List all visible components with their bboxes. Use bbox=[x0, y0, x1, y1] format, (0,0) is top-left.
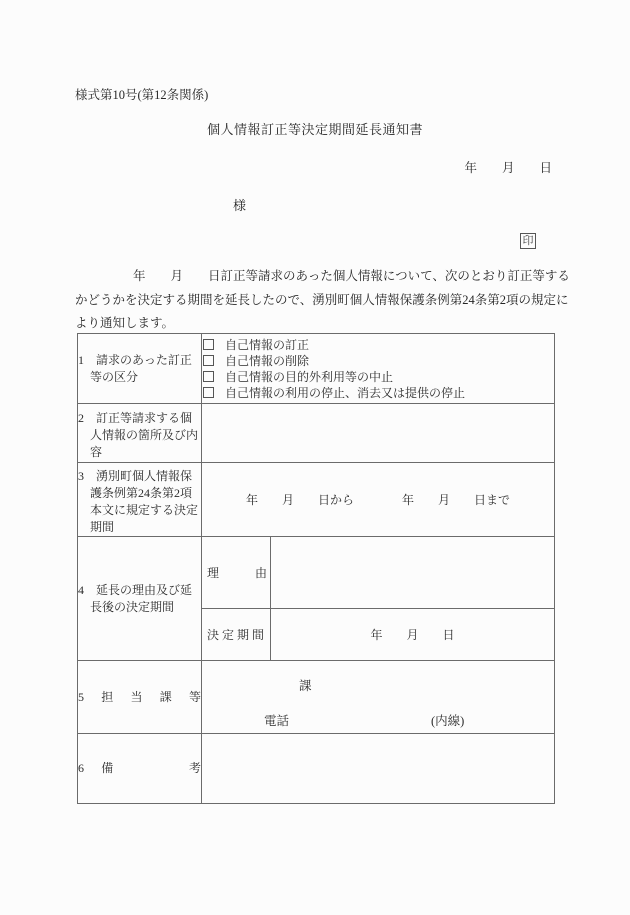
phone-line: 電話 (内線) bbox=[264, 711, 554, 729]
decision-period-label: 決定期間 bbox=[202, 609, 271, 660]
checkbox-option-label: 自己情報の利用の停止、消去又は提供の停止 bbox=[225, 384, 465, 401]
checkbox-option: 自己情報の目的外利用等の中止 bbox=[202, 369, 554, 385]
reason-value bbox=[271, 537, 554, 608]
row3-label: 3 湧別町個人情報保 護条例第24条第2項 本文に規定する決定 期間 bbox=[78, 463, 202, 537]
row1-content: 自己情報の訂正 自己情報の削除 自己情報の目的外利用等の中止 自己情報の利用の停… bbox=[202, 334, 555, 404]
row5-label-line: 5 担 当 課 等 bbox=[78, 689, 201, 706]
checkbox-option: 自己情報の利用の停止、消去又は提供の停止 bbox=[202, 385, 554, 401]
row4-label-line: 4 延長の理由及び延 bbox=[78, 582, 201, 599]
table-row-2: 2 訂正等請求する個 人情報の箇所及び内 容 bbox=[78, 404, 555, 463]
body-line-2: かどうかを決定する期間を延長したので、湧別町個人情報保護条例第24条第2項の規定… bbox=[75, 289, 557, 313]
row6-label: 6 備 考 bbox=[78, 734, 202, 804]
body-paragraph: 年 月 日訂正等請求のあった個人情報について、次のとおり訂正等する かどうかを決… bbox=[75, 265, 557, 336]
row3-label-line: 護条例第24条第2項 bbox=[78, 485, 201, 502]
row3-label-line: 本文に規定する決定 bbox=[78, 502, 201, 519]
row2-label-line: 容 bbox=[78, 444, 201, 461]
checkbox-option: 自己情報の訂正 bbox=[202, 337, 554, 353]
document-title: 個人情報訂正等決定期間延長通知書 bbox=[0, 119, 630, 138]
row2-label-line: 2 訂正等請求する個 bbox=[78, 410, 201, 427]
checkbox-icon bbox=[203, 355, 214, 366]
row2-label: 2 訂正等請求する個 人情報の箇所及び内 容 bbox=[78, 404, 202, 463]
form-table: 1 請求のあった訂正 等の区分 自己情報の訂正 自己情報の削除 自己情報の目的外… bbox=[77, 333, 555, 804]
date-line: 年 月 日 bbox=[464, 158, 552, 176]
row1-label-line: 等の区分 bbox=[78, 369, 201, 386]
phone-label: 電話 bbox=[264, 711, 289, 729]
seal-stamp-icon: 印 bbox=[520, 233, 536, 249]
reason-subrow: 理 由 bbox=[202, 537, 554, 609]
row1-label: 1 請求のあった訂正 等の区分 bbox=[78, 334, 202, 404]
checkbox-icon bbox=[203, 387, 214, 398]
checkbox-option-label: 自己情報の削除 bbox=[225, 352, 309, 369]
row3-label-line: 期間 bbox=[78, 519, 201, 536]
decision-period-value: 年 月 日 bbox=[271, 609, 554, 660]
row5-label: 5 担 当 課 等 bbox=[78, 661, 202, 734]
table-row-1: 1 請求のあった訂正 等の区分 自己情報の訂正 自己情報の削除 自己情報の目的外… bbox=[78, 334, 555, 404]
addressee-sama: 様 bbox=[233, 195, 246, 214]
checkbox-icon bbox=[203, 339, 214, 350]
row3-label-line: 3 湧別町個人情報保 bbox=[78, 468, 201, 485]
department-suffix: 課 bbox=[299, 676, 554, 694]
document-page: 様式第10号(第12条関係) 個人情報訂正等決定期間延長通知書 年 月 日 様 … bbox=[0, 0, 630, 915]
body-line-1: 年 月 日訂正等請求のあった個人情報について、次のとおり訂正等する bbox=[75, 265, 557, 289]
seal-stamp: 印 bbox=[520, 231, 536, 249]
body-line-3: より通知します。 bbox=[75, 312, 557, 336]
extension-label: (内線) bbox=[431, 711, 464, 729]
row4-label: 4 延長の理由及び延 長後の決定期間 bbox=[78, 537, 202, 661]
checkbox-icon bbox=[203, 371, 214, 382]
form-number: 様式第10号(第12条関係) bbox=[75, 85, 208, 103]
row2-content bbox=[202, 404, 555, 463]
row2-label-line: 人情報の箇所及び内 bbox=[78, 427, 201, 444]
table-row-6: 6 備 考 bbox=[78, 734, 555, 804]
checkbox-option-label: 自己情報の目的外利用等の中止 bbox=[225, 368, 393, 385]
checkbox-option-label: 自己情報の訂正 bbox=[225, 336, 309, 353]
row1-label-line: 1 請求のあった訂正 bbox=[78, 352, 201, 369]
row4-label-line: 長後の決定期間 bbox=[78, 599, 201, 616]
row5-content: 課 電話 (内線) bbox=[202, 661, 555, 734]
table-row-4: 4 延長の理由及び延 長後の決定期間 理 由 決定期間 年 月 日 bbox=[78, 537, 555, 661]
reason-label: 理 由 bbox=[202, 537, 271, 608]
table-row-3: 3 湧別町個人情報保 護条例第24条第2項 本文に規定する決定 期間 年 月 日… bbox=[78, 463, 555, 537]
row4-content: 理 由 決定期間 年 月 日 bbox=[202, 537, 555, 661]
decision-period-subrow: 決定期間 年 月 日 bbox=[202, 609, 554, 660]
row6-label-line: 6 備 考 bbox=[78, 760, 201, 777]
row3-period-value: 年 月 日から 年 月 日まで bbox=[202, 463, 555, 537]
row6-content bbox=[202, 734, 555, 804]
checkbox-option: 自己情報の削除 bbox=[202, 353, 554, 369]
table-row-5: 5 担 当 課 等 課 電話 (内線) bbox=[78, 661, 555, 734]
